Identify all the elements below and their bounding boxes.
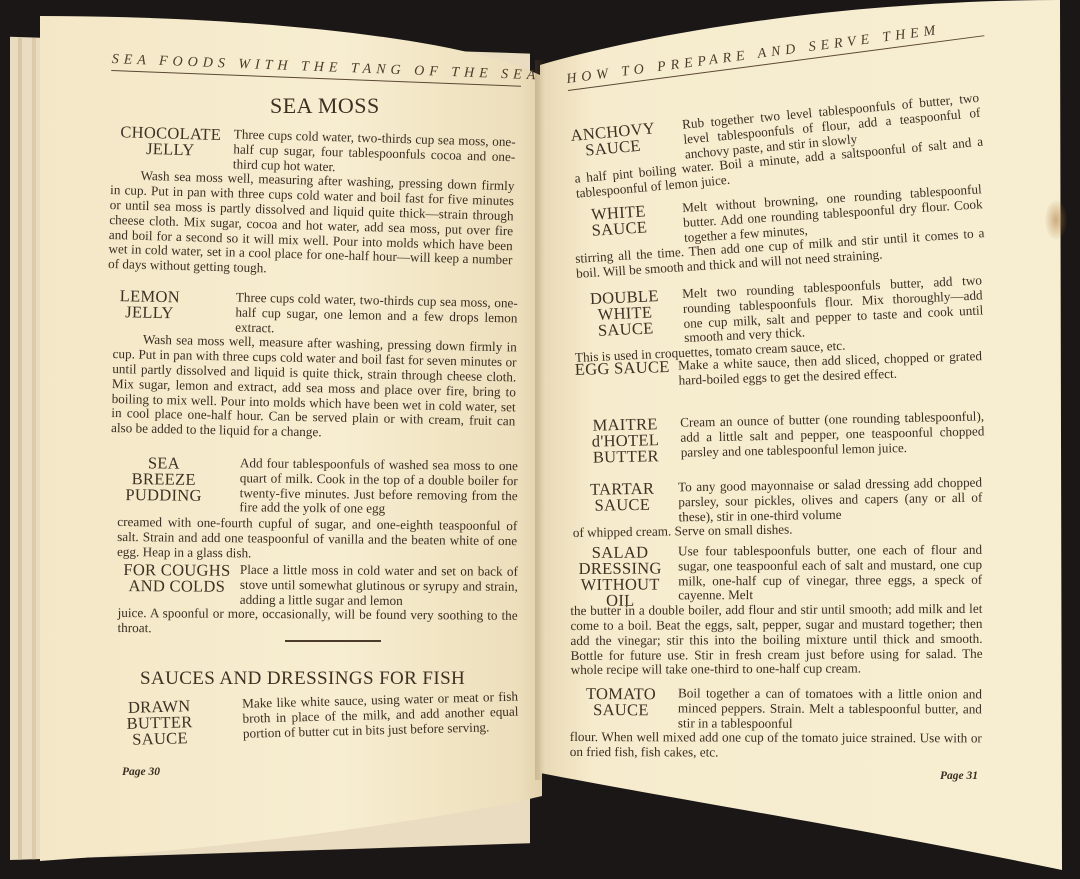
recipe-entry: TARTARSAUCETo any good mayonnaise or sal… <box>572 476 983 542</box>
recipe-name: WHITESAUCE <box>572 202 666 240</box>
recipe-name: MAITREd'HOTELBUTTER <box>574 416 677 466</box>
recipe-name-line: WITHOUT OIL <box>570 576 670 609</box>
recipe-name: FOR COUGHSAND COLDS <box>118 562 236 595</box>
recipe-entry: SALADDRESSINGWITHOUT OILUse four tablesp… <box>570 543 983 678</box>
paper-stain <box>1045 200 1067 240</box>
recipe-name-line: SAUCE <box>123 730 197 748</box>
section-divider <box>285 640 381 642</box>
recipe-name-line: SAUCE <box>570 702 672 718</box>
recipe-entry: FOR COUGHSAND COLDSPlace a little moss i… <box>117 562 518 639</box>
recipe-name: SEABREEZEPUDDING <box>117 455 209 504</box>
recipe-ingredients: Add four tablespoonfuls of washed sea mo… <box>239 456 518 519</box>
recipe-name: DRAWNBUTTERSAUCE <box>122 698 197 748</box>
recipe-ingredients: Use four tablespoonfuls butter, one each… <box>678 543 982 604</box>
recipe-entry: TOMATOSAUCEBoil together a can of tomato… <box>570 686 982 761</box>
recipe-entry: CHOCOLATEJELLYThree cups cold water, two… <box>108 124 516 283</box>
recipe-instructions: Wash sea moss well, measuring after wash… <box>108 168 515 283</box>
page-number-left: Page 30 <box>122 766 160 778</box>
page-number-right: Page 31 <box>940 770 978 782</box>
recipe-entry: DRAWNBUTTERSAUCEMake like white sauce, u… <box>122 690 519 756</box>
recipe-entry: MAITREd'HOTELBUTTERCream an ounce of but… <box>574 409 985 476</box>
recipe-name: CHOCOLATEJELLY <box>111 124 230 159</box>
recipe-name: TOMATOSAUCE <box>570 686 672 718</box>
recipe-name-line: BUTTER <box>575 448 677 466</box>
recipe-name-line: EGG SAUCE <box>572 359 672 378</box>
recipe-entry: SEABREEZEPUDDINGAdd four tablespoonfuls … <box>117 455 518 564</box>
recipe-ingredients: Make like white sauce, using water or me… <box>242 690 519 753</box>
recipe-name: SALADDRESSINGWITHOUT OIL <box>570 544 670 609</box>
recipe-name-line: JELLY <box>113 304 185 322</box>
recipe-instructions: the butter in a double boiler, add flour… <box>570 602 982 678</box>
open-book: SEA FOODS WITH THE TANG OF THE SEA SEA M… <box>0 0 1080 879</box>
book-gutter <box>535 60 545 780</box>
recipe-ingredients: Boil together a can of tomatoes with a l… <box>678 686 982 731</box>
recipe-entry: LEMONJELLYThree cups cold water, two-thi… <box>111 288 518 444</box>
recipe-name: EGG SAUCE <box>572 359 672 378</box>
recipe-name: TARTARSAUCE <box>572 480 672 514</box>
recipe-instructions: Wash sea moss well, measure after washin… <box>111 332 517 444</box>
recipe-instructions: creamed with one-fourth cupful of sugar,… <box>117 515 517 564</box>
recipe-name: DOUBLEWHITESAUCE <box>572 287 678 340</box>
recipe-instructions: flour. When well mixed add one cup of th… <box>570 730 982 761</box>
recipe-ingredients: Place a little moss in cold water and se… <box>240 563 518 609</box>
recipe-ingredients: Cream an ounce of butter (one rounding t… <box>680 409 985 473</box>
recipe-name-line: SAUCE <box>572 496 672 514</box>
section-title-sea-moss: SEA MOSS <box>270 93 380 119</box>
recipe-instructions: juice. A spoonful or more, occasionally,… <box>117 606 517 638</box>
recipe-ingredients: Three cups cold water, two-thirds cup se… <box>235 291 518 341</box>
recipe-ingredients: To any good mayonnaise or salad dressing… <box>678 476 983 525</box>
recipe-name: LEMONJELLY <box>113 288 186 322</box>
recipe-name-line: PUDDING <box>117 487 209 504</box>
recipe-name-line: AND COLDS <box>118 578 236 595</box>
section-title-sauces: SAUCES AND DRESSINGS FOR FISH <box>140 668 465 690</box>
